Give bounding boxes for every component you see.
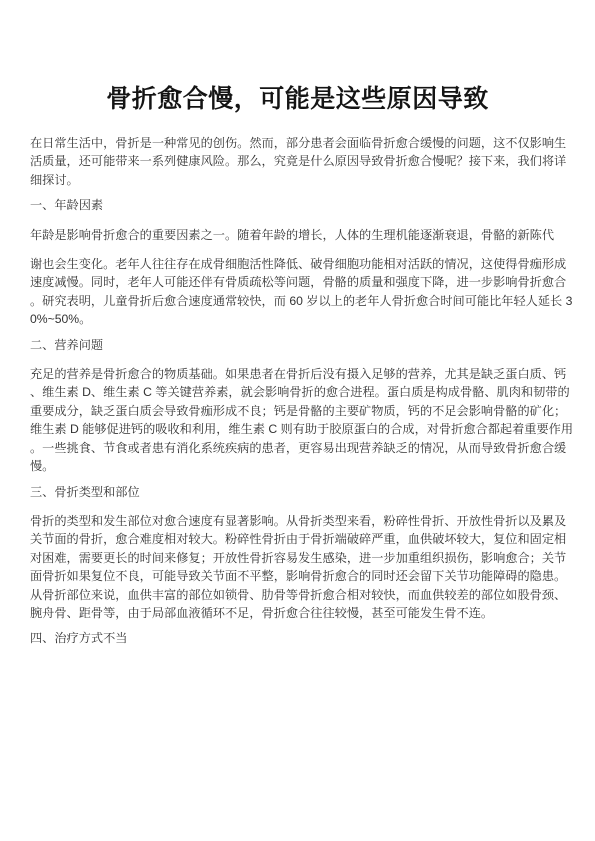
page-title: 骨折愈合慢，可能是这些原因导致 [30,84,565,114]
section-age-paragraph-2: 谢也会生变化。老年人往往存在成骨细胞活性降低、破骨细胞功能相对活跃的情况，这使得… [30,255,565,329]
section-age-paragraph-1: 年龄是影响骨折愈合的重要因素之一。随着年龄的增长，人体的生理机能逐渐衰退，骨骼的… [30,226,565,244]
section-heading-nutrition: 二、营养问题 [30,336,565,354]
document-page: 骨折愈合慢，可能是这些原因导致 在日常生活中，骨折是一种常见的创伤。然而，部分患… [0,0,595,841]
section-heading-treatment: 四、治疗方式不当 [30,629,565,647]
section-fracture-type-paragraph: 骨折的类型和发生部位对愈合速度有显著影响。从骨折类型来看，粉碎性骨折、开放性骨折… [30,512,565,622]
section-heading-age: 一、年龄因素 [30,196,565,214]
intro-paragraph: 在日常生活中，骨折是一种常见的创伤。然而，部分患者会面临骨折愈合缓慢的问题，这不… [30,134,565,189]
section-nutrition-paragraph: 充足的营养是骨折愈合的物质基础。如果患者在骨折后没有摄入足够的营养，尤其是缺乏蛋… [30,365,565,475]
section-heading-fracture-type: 三、骨折类型和部位 [30,483,565,501]
